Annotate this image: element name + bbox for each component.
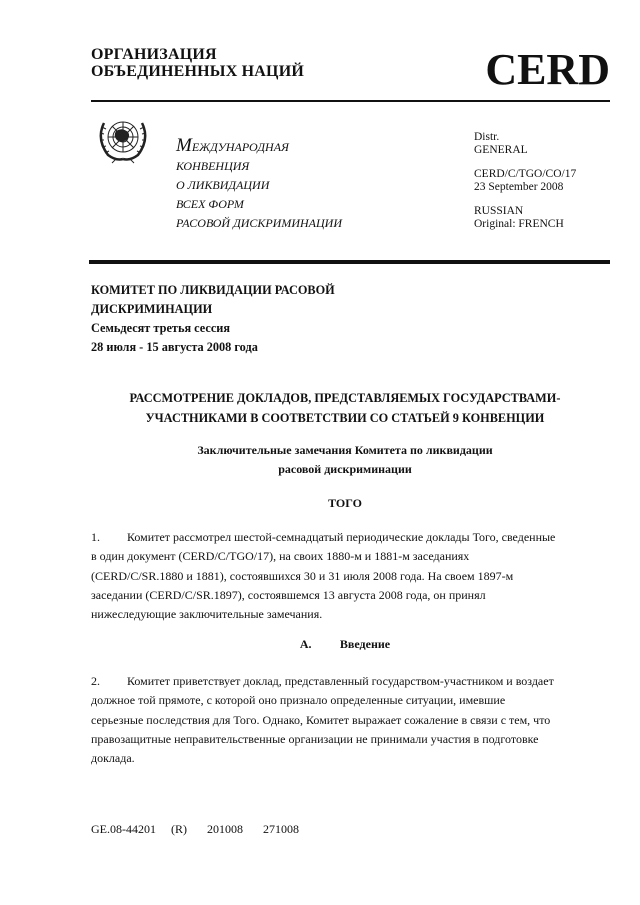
doc-symbol: CERD/C/TGO/CO/17 <box>474 168 576 181</box>
paragraph-1-line: 1.Комитет рассмотрел шестой-семнадцатый … <box>91 528 603 547</box>
org-line-2: ОБЪЕДИНЕННЫХ НАЦИЙ <box>91 63 304 80</box>
session-dates: 28 июля - 15 августа 2008 года <box>91 338 335 357</box>
convention-line-2: КОНВЕНЦИЯ <box>176 157 342 176</box>
section-a-heading: A.Введение <box>80 637 610 652</box>
subheading-line-2: расовой дискриминации <box>80 460 610 479</box>
paragraph-2: 2.Комитет приветствует доклад, представл… <box>91 672 603 768</box>
paragraph-number: 2. <box>91 672 127 691</box>
session-name: Семьдесят третья сессия <box>91 319 335 338</box>
convention-line-4: ВСЕХ ФОРМ <box>176 195 342 214</box>
document-subheading: Заключительные замечания Комитета по лик… <box>80 441 610 479</box>
paragraph-number: 1. <box>91 528 127 547</box>
section-title: Введение <box>340 637 390 651</box>
doc-original-language: Original: FRENCH <box>474 218 576 231</box>
convention-line-5: РАСОВОЙ ДИСКРИМИНАЦИИ <box>176 214 342 233</box>
heading-line-2: УЧАСТНИКАМИ В СООТВЕТСТВИИ СО СТАТЬЕЙ 9 … <box>80 408 610 428</box>
heading-line-1: РАССМОТРЕНИЕ ДОКЛАДОВ, ПРЕДСТАВЛЯЕМЫХ ГО… <box>80 388 610 408</box>
distribution-block: Distr. GENERAL CERD/C/TGO/CO/17 23 Septe… <box>474 131 576 230</box>
paragraph-2-line: доклада. <box>91 749 603 768</box>
committee-line-2: ДИСКРИМИНАЦИИ <box>91 300 335 319</box>
country-title: ТОГО <box>80 496 610 511</box>
subheading-line-1: Заключительные замечания Комитета по лик… <box>80 441 610 460</box>
section-divider <box>89 260 610 264</box>
document-footer-code: GE.08-44201 (R) 201008 271008 <box>91 822 299 837</box>
committee-line-1: КОМИТЕТ ПО ЛИКВИДАЦИИ РАСОВОЙ <box>91 281 335 300</box>
section-label: A. <box>300 637 340 652</box>
paragraph-1-line: нижеследующие заключительные замечания. <box>91 605 603 624</box>
convention-line-1: МЕЖДУНАРОДНАЯ <box>176 136 342 157</box>
paragraph-2-line: правозащитные неправительственные органи… <box>91 730 603 749</box>
header-divider <box>91 100 610 102</box>
paragraph-1: 1.Комитет рассмотрел шестой-семнадцатый … <box>91 528 603 624</box>
convention-line-3: О ЛИКВИДАЦИИ <box>176 176 342 195</box>
document-heading: РАССМОТРЕНИЕ ДОКЛАДОВ, ПРЕДСТАВЛЯЕМЫХ ГО… <box>80 388 610 428</box>
document-symbol-cerd: CERD <box>485 46 610 94</box>
paragraph-1-line: заседании (CERD/C/SR.1897), состоявшемся… <box>91 586 603 605</box>
paragraph-1-line: (CERD/C/SR.1880 и 1881), состоявшихся 30… <box>91 567 603 586</box>
doc-language: RUSSIAN <box>474 205 576 218</box>
paragraph-1-line: в один документ (CERD/C/TGO/17), на свои… <box>91 547 603 566</box>
un-emblem-icon <box>94 113 152 165</box>
paragraph-2-line: серьезные последствия для Того. Однако, … <box>91 711 603 730</box>
distr-label: Distr. <box>474 131 576 144</box>
paragraph-2-line: 2.Комитет приветствует доклад, представл… <box>91 672 603 691</box>
paragraph-2-line: должное той прямоте, с которой оно призн… <box>91 691 603 710</box>
doc-date: 23 September 2008 <box>474 181 576 194</box>
org-line-1: ОРГАНИЗАЦИЯ <box>91 46 304 63</box>
convention-title: МЕЖДУНАРОДНАЯ КОНВЕНЦИЯ О ЛИКВИДАЦИИ ВСЕ… <box>176 136 342 233</box>
distr-general: GENERAL <box>474 144 576 157</box>
organization-name: ОРГАНИЗАЦИЯ ОБЪЕДИНЕННЫХ НАЦИЙ <box>91 46 304 80</box>
committee-block: КОМИТЕТ ПО ЛИКВИДАЦИИ РАСОВОЙ ДИСКРИМИНА… <box>91 281 335 357</box>
